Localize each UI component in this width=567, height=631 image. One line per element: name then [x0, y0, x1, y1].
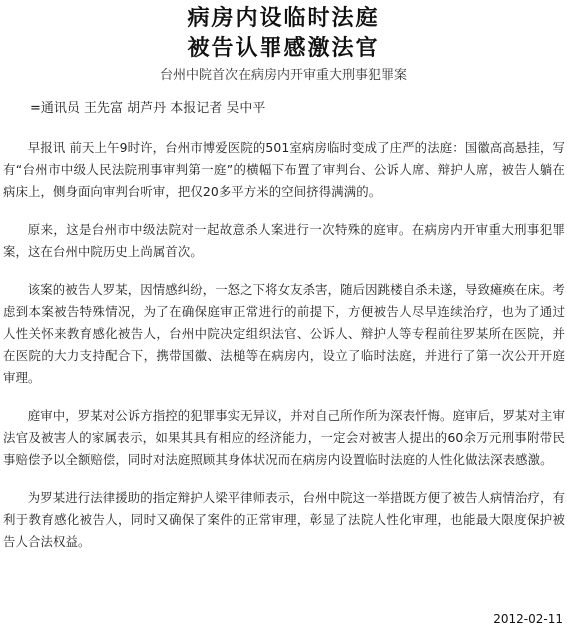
paragraph-2: 原来，这是台州市中级法院对一起故意杀人案进行一次特殊的庭审。在病房内开审重大刑事… [3, 219, 565, 263]
paragraph-1: 早报讯 前天上午9时许，台州市博爱医院的501室病房临时变成了庄严的法庭：国徽高… [3, 137, 565, 203]
headline-line-1: 病房内设临时法庭 [0, 4, 567, 34]
article-body: 早报讯 前天上午9时许，台州市博爱医院的501室病房临时变成了庄严的法庭：国徽高… [3, 137, 565, 569]
paragraph-4: 庭审中，罗某对公诉方指控的犯罪事实无异议，并对自己所作所为深表忏悔。庭审后，罗某… [3, 405, 565, 471]
article-header: 病房内设临时法庭 被告认罪感激法官 台州中院首次在病房内开审重大刑事犯罪案 [0, 0, 567, 86]
publish-date: 2012-02-11 [493, 612, 563, 626]
byline: =通讯员 王先富 胡芦丹 本报记者 吴中平 [30, 100, 265, 118]
subheadline: 台州中院首次在病房内开审重大刑事犯罪案 [0, 66, 567, 86]
paragraph-3: 该案的被告人罗某，因情感纠纷，一怒之下将女友杀害，随后因跳楼自杀未遂，导致瘫痪在… [3, 279, 565, 389]
headline-line-2: 被告认罪感激法官 [0, 34, 567, 64]
paragraph-5: 为罗某进行法律援助的指定辩护人梁平律师表示，台州中院这一举措既方便了被告人病情治… [3, 487, 565, 553]
